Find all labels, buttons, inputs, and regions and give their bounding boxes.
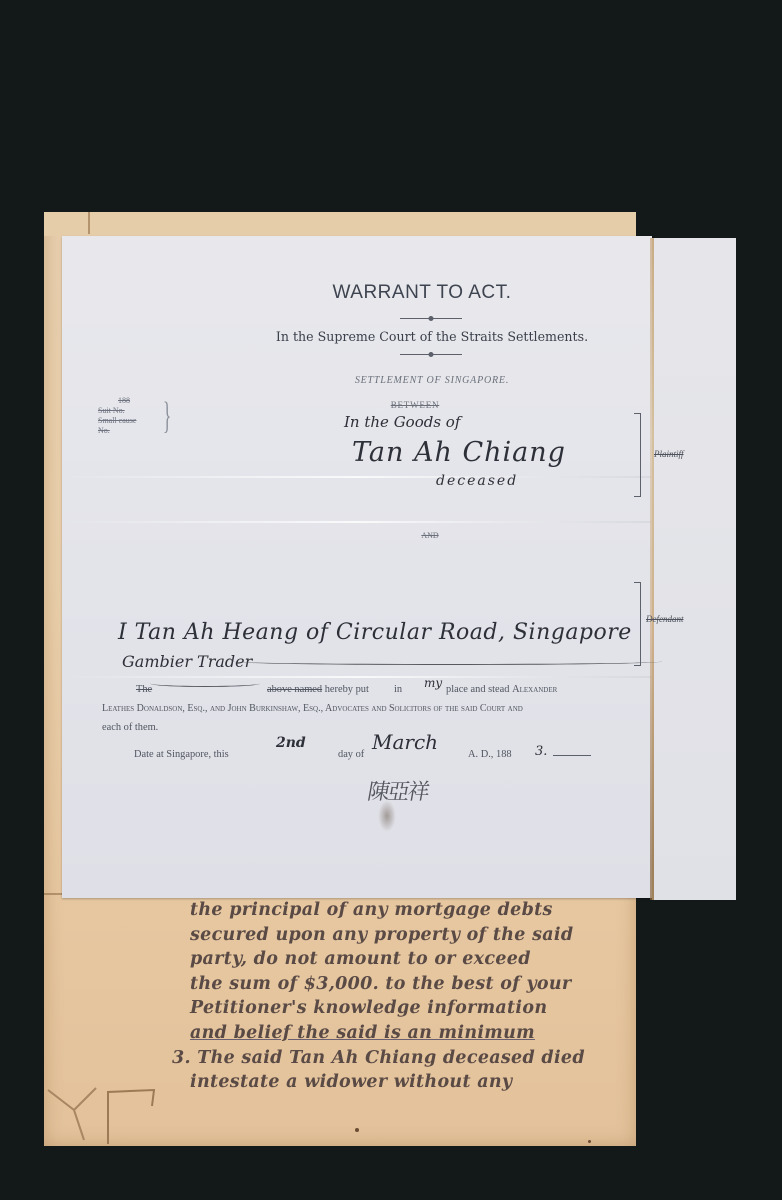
ad-label: A. D., 188 bbox=[468, 749, 512, 760]
petition-line: Petitioner's knowledge information bbox=[190, 996, 630, 1021]
handwritten-month: March bbox=[372, 730, 438, 754]
wavy-fill-line bbox=[232, 658, 662, 665]
the-word: The bbox=[136, 684, 152, 695]
above-named: above named bbox=[267, 684, 322, 695]
date-rule bbox=[553, 755, 591, 756]
warrant-side-flap bbox=[652, 238, 736, 900]
solicitors-line: Leathes Donaldson, Esq., and John Burkin… bbox=[102, 703, 523, 714]
ornamental-rule bbox=[400, 354, 462, 355]
handwritten-my: my bbox=[424, 676, 442, 690]
no-label: No. bbox=[98, 426, 168, 436]
petition-line: intestate a widower without any bbox=[190, 1070, 630, 1095]
chinese-signature: 陳亞祥 bbox=[365, 775, 430, 806]
paper-seam bbox=[650, 238, 654, 900]
petition-line: the principal of any mortgage debts bbox=[190, 898, 630, 923]
and-label: AND bbox=[380, 531, 480, 540]
document-title: WARRANT TO ACT. bbox=[232, 282, 612, 304]
each-of-them: each of them. bbox=[102, 722, 158, 733]
pencil-sketch-marks bbox=[44, 1080, 184, 1144]
petition-line: secured upon any property of the said bbox=[190, 923, 630, 948]
petition-line: and belief the said is an minimum bbox=[190, 1021, 630, 1046]
brace-glyph: } bbox=[163, 394, 171, 438]
handwritten-day: 2nd bbox=[276, 735, 306, 751]
foxing-spot bbox=[588, 1140, 591, 1143]
fold-line bbox=[62, 476, 652, 478]
plaintiff-label: Plaintiff bbox=[654, 449, 684, 459]
handwritten-goods-of: In the Goods of bbox=[344, 413, 460, 431]
court-name: In the Supreme Court of the Straits Sett… bbox=[232, 329, 632, 344]
alexander: Alexander bbox=[512, 684, 557, 695]
petition-line: the sum of $3,000. to the best of your bbox=[190, 972, 630, 997]
ink-smudge bbox=[378, 800, 396, 832]
above-named-text: above named hereby put bbox=[267, 684, 369, 695]
petition-handwritten-text: the principal of any mortgage debts secu… bbox=[190, 898, 630, 1095]
petition-line: party, do not amount to or exceed bbox=[190, 947, 630, 972]
day-of-label: day of bbox=[338, 749, 364, 760]
suit-year: 188 bbox=[98, 396, 168, 406]
handwritten-year: 3. bbox=[535, 744, 547, 759]
petition-line: 3. The said Tan Ah Chiang deceased died bbox=[172, 1046, 630, 1071]
ornamental-rule bbox=[400, 318, 462, 319]
defendant-label: Defendant bbox=[646, 614, 684, 624]
handwritten-deceased-name: Tan Ah Chiang bbox=[352, 437, 566, 468]
handwritten-principal-name: I Tan Ah Heang of Circular Road, Singapo… bbox=[118, 620, 632, 645]
defendant-brace bbox=[634, 582, 641, 666]
in-word: in bbox=[394, 684, 402, 695]
settlement-heading: SETTLEMENT OF SINGAPORE. bbox=[292, 375, 572, 386]
fold-line bbox=[62, 676, 652, 678]
backing-top-band bbox=[44, 212, 636, 236]
suit-no-label: Suit No. bbox=[98, 406, 168, 416]
stain-mark bbox=[88, 212, 90, 234]
suit-number-block: 188 Suit No. Small cause No. bbox=[98, 396, 168, 436]
between-label: BETWEEN bbox=[360, 400, 470, 410]
dated-label: Date at Singapore, this bbox=[134, 749, 229, 760]
foxing-spot bbox=[355, 1128, 359, 1132]
plaintiff-brace bbox=[634, 413, 641, 497]
fold-line bbox=[62, 521, 652, 523]
place-and-stead: place and stead bbox=[446, 684, 509, 695]
hereby-put: hereby put bbox=[325, 684, 369, 695]
handwritten-deceased: deceased bbox=[436, 473, 518, 489]
place-stead-text: place and stead Alexander bbox=[446, 684, 557, 695]
small-cause-label: Small cause bbox=[98, 416, 168, 426]
wavy-fill-line bbox=[150, 680, 260, 687]
